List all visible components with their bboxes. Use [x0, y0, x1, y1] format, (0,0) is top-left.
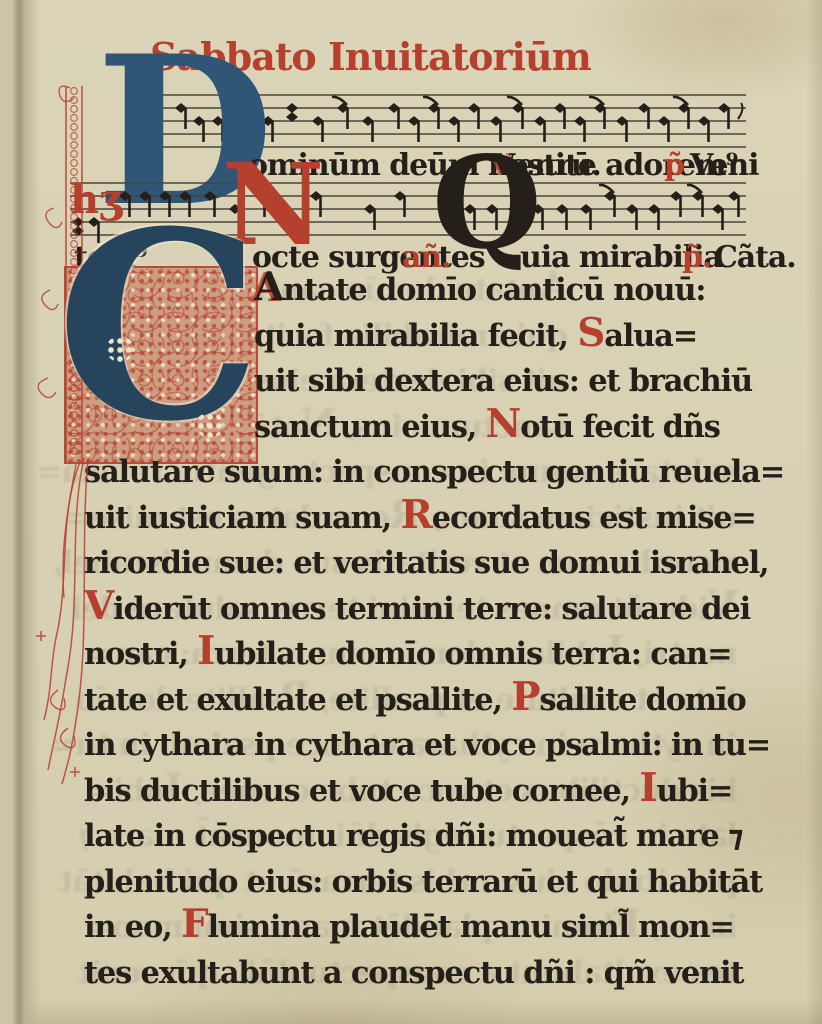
psalm-line-11: in cythara in cythara et voce psalmi: in… [84, 727, 770, 763]
text-segment: tes exultabunt a conspectu dñi : qm̃ ven… [84, 955, 743, 991]
text-segment: ubilate domīo omnis terra: can= [214, 636, 731, 672]
text-segment: ricordie sue: et veritatis sue domui isr… [84, 545, 768, 581]
rubricated-initial: N [486, 401, 520, 447]
psalm-line-6: uit iusticiam suam, Recordatus est mise= [84, 500, 756, 536]
psalm-line-16: tes exultabunt a conspectu dñi : qm̃ ven… [84, 955, 743, 991]
text-segment: bis ductilibus et voce tube cornee, [84, 773, 639, 809]
rubricated-initial: P [511, 674, 539, 720]
text-segment: ubi= [656, 773, 732, 809]
text-segment: in eo, [84, 909, 181, 945]
psalm-line-7: ricordie sue: et veritatis sue domui isr… [84, 545, 768, 581]
rosette-ornament [196, 412, 224, 438]
text-segment: ecordatus est mise= [432, 500, 756, 536]
psalm-line-2: quia mirabilia fecit, Salua= [254, 318, 697, 354]
text-segment: sanctum eius, [254, 409, 486, 445]
psalm-line-8: Viderūt omnes termini terre: salutare de… [84, 591, 750, 627]
rosette-ornament [106, 336, 134, 362]
text-segment: sallite domīo [539, 682, 745, 718]
psalm-line-1: Antate domīo canticū nouū: [254, 272, 705, 308]
psalm-line-4: sanctum eius, Notū fecit dñs [254, 409, 720, 445]
text-segment: otū fecit dñs [520, 409, 720, 445]
text-segment: plenitudo eius: orbis terrarū et qui hab… [84, 864, 762, 900]
psalm-line-3: uit sibi dextera eius: et brachiū [254, 363, 752, 399]
rubricated-initial: R [401, 492, 432, 538]
rubricated-initial: I [197, 628, 214, 674]
psalm-line-10: tate et exultate et psallite, Psallite d… [84, 682, 745, 718]
text-segment: lumina plaudēt manu siml̃ mon= [207, 909, 733, 945]
text-segment: uit iusticiam suam, [84, 500, 401, 536]
text-segment: in cythara in cythara et voce psalmi: in… [84, 727, 770, 763]
text-segment: late in cōspectu regis dñi: moueat̃ mare… [84, 818, 743, 854]
psalm-line-13: late in cōspectu regis dñi: moueat̃ mare… [84, 818, 743, 854]
text-segment: alua= [604, 318, 697, 354]
psalm-line-9: nostri, Iubilate domīo omnis terra: can= [84, 636, 731, 672]
text-segment: quia mirabilia fecit, [254, 318, 577, 354]
text-segment: tate et exultate et psallite, [84, 682, 511, 718]
psalm-line-14: plenitudo eius: orbis terrarū et qui hab… [84, 864, 762, 900]
text-segment: ntate domīo canticū nouū: [283, 272, 705, 308]
psalm-line-12: bis ductilibus et voce tube cornee, Iubi… [84, 773, 732, 809]
rubricated-initial: I [639, 765, 656, 811]
psalm-text-block: Antate domīo canticū nouū:quia mirabilia… [0, 0, 822, 1024]
rubricated-initial: F [181, 901, 208, 947]
text-segment: uit sibi dextera eius: et brachiū [254, 363, 752, 399]
manuscript-content: Sabbato Inuitatoriūm D ominūm deūm nostr… [0, 0, 822, 1024]
psalm-line-15: in eo, Flumina plaudēt manu siml̃ mon= [84, 909, 734, 945]
illuminated-initial-c: C [56, 198, 261, 456]
text-segment: iderūt omnes termini terre: salutare dei [113, 591, 750, 627]
rubricated-initial: S [577, 310, 604, 356]
